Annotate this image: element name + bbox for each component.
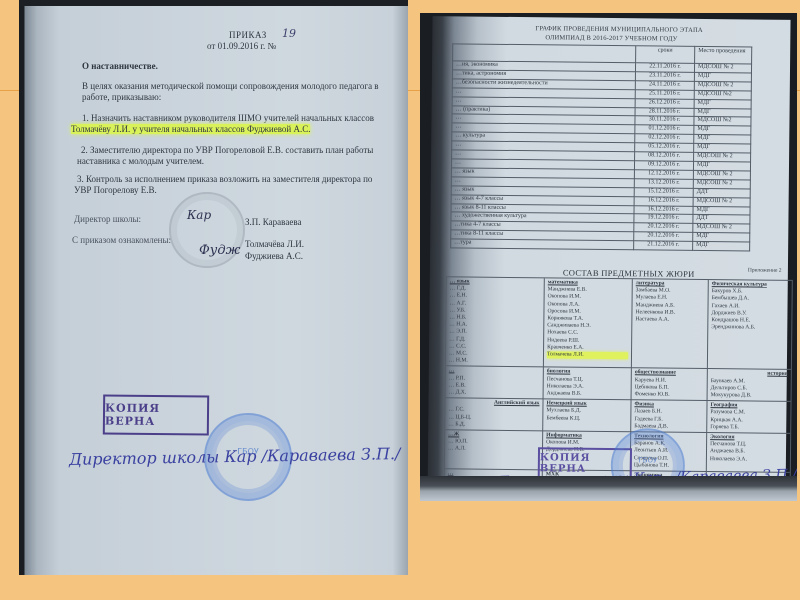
schedule-place: МДСОШ № 2 <box>694 152 751 162</box>
schedule-header-subject <box>453 44 636 63</box>
director-name: З.П. Каравaева <box>245 217 302 227</box>
order-item3-line2: УВР Погорелову Е.В. <box>74 185 157 195</box>
jury-member: … А.Л. <box>448 446 539 454</box>
jury-member: Горяева Т.Б. <box>710 424 787 432</box>
jury-appendix-label: Приложение 2 <box>748 267 782 273</box>
jury-cell: обществознаниеКаруева Н.И.Цебикова Б.П.Ф… <box>632 369 708 402</box>
copy-verified-stamp: КОПИЯ ВЕРНА <box>103 394 209 435</box>
schedule-place: МДСОШ № 2 <box>693 179 750 189</box>
order-document: ПРИКАЗ 19 от 01.09.2016 г. № О наставнич… <box>19 0 408 575</box>
schedule-document-photo: ГРАФИК ПРОВЕДЕНИЯ МУНИЦИПАЛЬНОГО ЭТАПА О… <box>420 13 797 501</box>
acquainted-name-1: Толмачёва Л.И. <box>245 239 304 249</box>
order-document-photo: ПРИКАЗ 19 от 01.09.2016 г. № О наставнич… <box>19 0 408 575</box>
director-signature: Кар <box>187 208 211 222</box>
jury-member: Эренджинова А.Б. <box>711 324 788 332</box>
order-item1-line1: 1. Назначить наставником руководителя ШМ… <box>82 113 374 123</box>
order-subject: О наставничестве. <box>82 61 158 71</box>
round-seal-right-text: ГБОУ <box>613 456 683 465</box>
schedule-place: МДГ <box>694 108 751 118</box>
schedule-document: ГРАФИК ПРОВЕДЕНИЯ МУНИЦИПАЛЬНОГО ЭТАПА О… <box>427 16 790 501</box>
jury-cell: … язык… Г.Д.… Е.Н.… А.Г.… У.Б.… Н.Б.… Н.… <box>446 277 545 367</box>
certification-handwriting: Директор школы Кар /Каравaева З.П./ <box>69 444 401 469</box>
schedule-header-place: Место проведения <box>695 46 752 64</box>
schedule-place: ДДТ <box>693 188 750 198</box>
jury-member: … Б.Д. <box>448 421 539 429</box>
jury-member: Николаева Э.А. <box>710 456 787 464</box>
jury-cell: …… Р.П.… Е.В.… Д.Х. <box>446 367 544 400</box>
jury-cell: историяБаувкаев А.М.Дельтиров С.Б.Мокуку… <box>708 369 791 402</box>
jury-member: Фоменко Ю.В. <box>635 391 704 399</box>
schedule-header-dates: сроки <box>636 46 695 64</box>
schedule-place: МДСОШ № 2 <box>693 197 750 207</box>
schedule-place: МДГ <box>694 72 751 82</box>
order-intro-line1: В целях оказания методической помощи соп… <box>82 81 379 91</box>
schedule-place: МДГ <box>693 242 750 252</box>
schedule-place: МДСОШ № 2 <box>694 81 751 91</box>
jury-cell: Физическая культураБакуров Х.Б.Бембышев … <box>708 280 792 370</box>
jury-cell: биологияПесчанова Т.Ц.Николаева Э.А.Андж… <box>544 368 632 401</box>
jury-member: Анджаева В.Б. <box>547 390 628 398</box>
schedule-place: МДГ <box>693 233 750 243</box>
olympiad-schedule-table: сроки Место проведения …ия, экономика22.… <box>450 43 752 251</box>
jury-member-highlighted: Толмачева Л.И. <box>547 351 628 359</box>
jury-member: Мокукурова Д.В. <box>711 392 788 400</box>
schedule-place: МДСОШ № 2 <box>694 63 751 73</box>
schedule-place: МДГ <box>694 144 751 154</box>
schedule-title-line2: ОЛИМПИАД В 2016-2017 УЧЕБНОМ ГОДУ <box>545 34 677 42</box>
paper-edge-shadow <box>420 476 797 501</box>
order-intro-line2: работе, приказываю: <box>82 92 161 102</box>
jury-cell: …Ж… Ю.П.… А.Л. <box>445 430 543 470</box>
jury-cell: Немецкий языкМухлаева Б.Д.Бембеева К.Ц. <box>543 400 631 433</box>
order-item1-line2-highlighted: Толмачёву Л.И. у учителя начальных класс… <box>71 124 310 134</box>
schedule-place: МДСОШ №2 <box>694 90 751 100</box>
schedule-place: МДГ <box>693 206 750 216</box>
jury-cell: Английский язык… Г.С.… Ц.Б-Ц.… Б.Д. <box>445 399 543 432</box>
jury-member: Бембеева К.Ц. <box>546 415 627 423</box>
acquainted-signature: Фудж <box>199 243 240 258</box>
schedule-subject: …тура <box>451 239 634 250</box>
jury-member: … Д.Х. <box>449 389 540 397</box>
jury-cell: литератураЗамбаева М.О.Мулаева Е.Н.Мандж… <box>632 279 709 369</box>
jury-cell: ГеографияРазумова С.М.Крицкая А.А.Горяев… <box>707 401 790 434</box>
jury-member: … Н.М. <box>449 358 540 366</box>
schedule-place: МДГ <box>694 135 751 145</box>
acquainted-name-2: Фуджиева А.С. <box>245 251 303 261</box>
order-handwritten-number: 19 <box>282 27 296 40</box>
schedule-date: 21.12.2016 г. <box>634 241 693 251</box>
order-item3-line1: 3. Контроль за исполнением приказа возло… <box>77 174 372 184</box>
order-date: от 01.09.2016 г. № <box>207 41 276 51</box>
schedule-place: МДГ <box>694 99 751 109</box>
schedule-place: МДСОШ № 2 <box>693 170 750 180</box>
schedule-title-line1: ГРАФИК ПРОВЕДЕНИЯ МУНИЦИПАЛЬНОГО ЭТАПА <box>535 25 702 34</box>
jury-cell: математикаМанджиева Е.В.Окопова И.М.Окоп… <box>544 278 633 368</box>
director-label: Директор школы: <box>74 214 141 224</box>
order-title: ПРИКАЗ <box>229 30 267 40</box>
schedule-place: ДДТ <box>693 215 750 225</box>
order-item2-line2: наставника с молодым учителем. <box>77 156 204 166</box>
schedule-place: МДГ <box>694 126 751 136</box>
order-item2-line1: 2. Заместителю директора по УВР Погорело… <box>81 145 373 155</box>
acquainted-label: С приказом ознакомлены: <box>72 235 171 245</box>
schedule-place: МДСОШ № 2 <box>693 224 750 234</box>
jury-member: Настаева А.А. <box>635 316 704 324</box>
schedule-place: МДСОШ №2 <box>694 117 751 127</box>
schedule-place: МДГ <box>693 161 750 171</box>
